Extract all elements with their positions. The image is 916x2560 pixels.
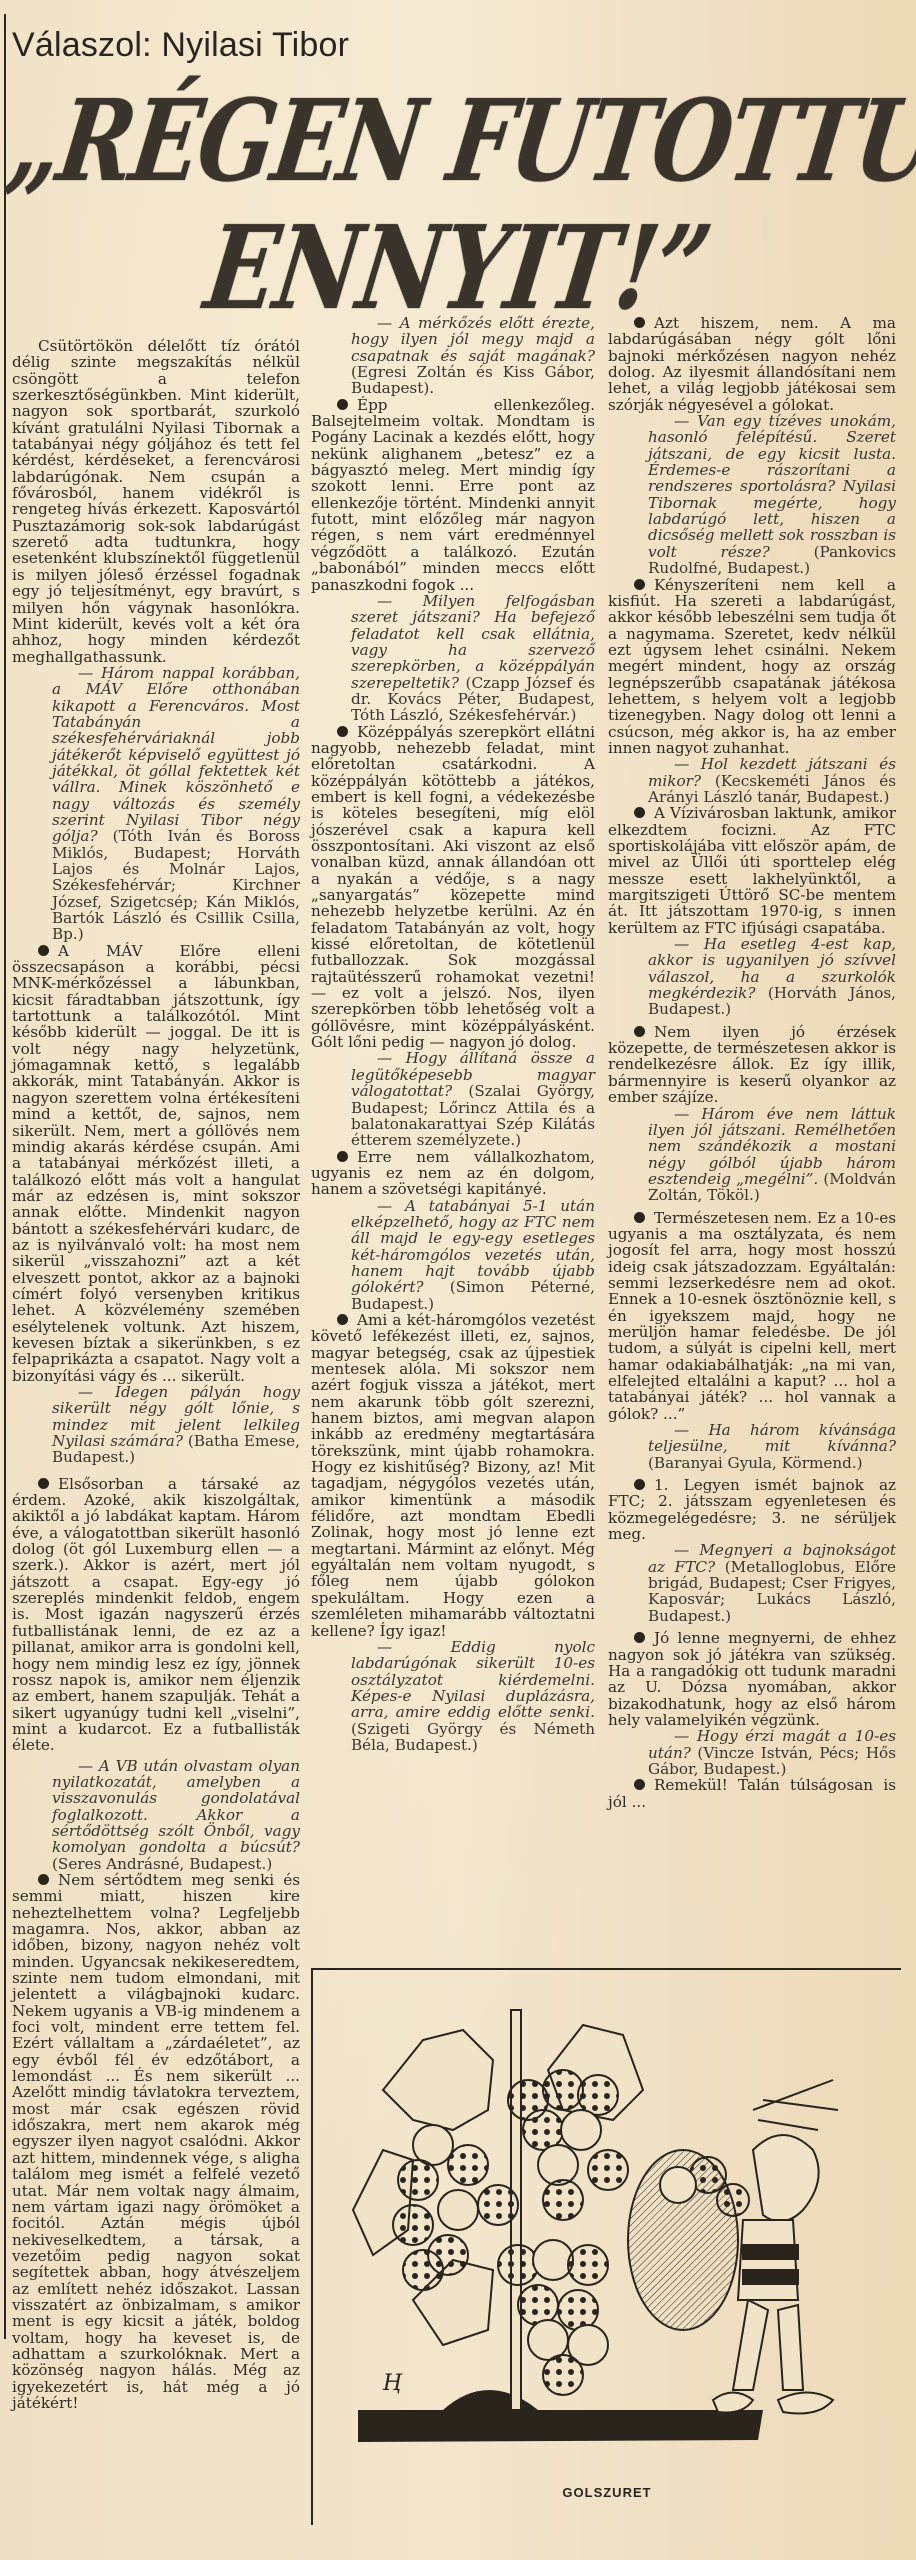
bullet-icon [634,579,645,590]
bullet-icon [337,1314,348,1325]
question-text: — Eddig nyolc labdarúgónak sikerült 10-e… [351,1638,595,1721]
question: — Idegen pályán hogy sikerült négy gólt … [52,1384,300,1466]
answer-text: Elsősorban a társaké az érdem. Azoké, ak… [12,1475,300,1755]
question-text: — Van egy tízéves unokám, hasonló felépí… [648,412,896,561]
answer-text: Nem ilyen jó érzések közepette, de termé… [608,1023,896,1106]
question-text: — Három nappal korábban, a MÁV Előre ott… [52,664,300,845]
cartoon-illustration: Ң GOLSZURET [311,1968,901,2525]
answer-text: Kényszeríteni nem kell a kisfiút. Ha sze… [608,576,896,757]
answer: Jó lenne megnyerni, de ehhez nagyon sok … [608,1630,896,1728]
answer: Elsősorban a társaké az érdem. Azoké, ak… [12,1476,300,1754]
bullet-icon [634,317,645,328]
question-text: — Ha három kívánsága teljesülne, mit kív… [648,1421,896,1455]
cartoon-caption: GOLSZURET [313,2485,901,2500]
answer: Természetesen nem. Ez a 10-es ugyanis a … [608,1210,896,1422]
answer-text: Természetesen nem. Ez a 10-es ugyanis a … [608,1209,896,1423]
question: — Megnyeri a bajnokságot az FTC? (Metall… [648,1542,896,1624]
answer-text: Azt hiszem, nem. A ma labdarúgásában nég… [608,314,896,414]
answer: Azt hiszem, nem. A ma labdarúgásában nég… [608,315,896,413]
answer-text: Remekül! Talán túlságosan is jól ... [608,1776,896,1810]
answer: Nem sértődtem meg senki és semmi miatt, … [12,1872,300,2411]
intro-paragraph: Csütörtökön délelőtt tíz órától délig sz… [12,338,300,665]
headline-line-1: „RÉGEN FUTOTTUNK [1,75,916,208]
article-column-2: — A mérkőzés előtt érezte, hogy ilyen jó… [311,315,595,1753]
article-column-3: Azt hiszem, nem. A ma labdarúgásában nég… [608,315,896,1810]
question: — A tatabányai 5-1 után elképzelhető, ho… [351,1198,595,1312]
answer: A MÁV Előre elleni összecsapáson a koráb… [12,943,300,1384]
bullet-icon [337,1151,348,1162]
bullet-icon [634,807,645,818]
question-text: — A VB után olvastam olyan nyilatkozatát… [52,1757,300,1857]
bullet-icon [38,1874,49,1885]
bullet-icon [337,726,348,737]
question: — Három nappal korábban, a MÁV Előre ott… [52,665,300,943]
question-askers: (Tóth Iván és Boross Miklós, Budapest; H… [52,827,300,943]
answer: Középpályás szerepkört ellátni nagyobb, … [311,724,595,1051]
answer-text: Nem sértődtem meg senki és semmi miatt, … [12,1871,300,2412]
answer-text: Épp ellenkezőleg. Balsejtelmeim voltak. … [311,396,595,594]
question: — A mérkőzés előtt érezte, hogy ilyen jó… [351,315,595,397]
answer-text: 1. Legyen ismét bajnok az FTC; 2. játssz… [608,1476,896,1543]
svg-text:Ң: Ң [382,2371,403,2396]
question: — Eddig nyolc labdarúgónak sikerült 10-e… [351,1639,595,1753]
bullet-icon [634,1779,645,1790]
bullet-icon [634,1479,645,1490]
bullet-icon [38,1478,49,1489]
question: — Hogy érzi magát a 10-es után? (Vincze … [648,1728,896,1777]
bullet-icon [337,399,348,410]
answer-text: A MÁV Előre elleni összecsapáson a koráb… [12,942,300,1385]
question-askers: (Seres Andrásné, Budapest.) [52,1855,272,1873]
question-askers: (Egresi Zoltán és Kiss Gábor, Budapest). [351,363,595,397]
answer: Kényszeríteni nem kell a kisfiút. Ha sze… [608,577,896,757]
question-askers: (Szigeti György és Németh Béla, Budapest… [351,1720,595,1754]
question: — Milyen felfogásban szeret játszani? Ha… [351,593,595,724]
answer: Nem ilyen jó érzések közepette, de termé… [608,1024,896,1106]
question: — Ha esetleg 4-est kap, akkor is ugyanil… [648,936,896,1018]
question-text: — A mérkőzés előtt érezte, hogy ilyen jó… [351,314,595,365]
bullet-icon [634,1212,645,1223]
question: — Hogy állítaná össze a legütőképesebb m… [351,1050,595,1148]
article-kicker: Válaszol: Nyilasi Tibor [12,26,349,65]
football-vine-cartoon-icon: Ң [313,1970,901,2480]
answer-text: Jó lenne megnyerni, de ehhez nagyon sok … [608,1629,896,1729]
article-column-1: Csütörtökön délelőtt tíz órától délig sz… [12,338,300,2411]
answer-text: Ami a két-háromgólos vezetést követő lef… [311,1311,595,1640]
question: — A VB után olvastam olyan nyilatkozatát… [52,1758,300,1872]
answer: Ami a két-háromgólos vezetést követő lef… [311,1312,595,1639]
question: — Ha három kívánsága teljesülne, mit kív… [648,1422,896,1471]
answer: A Vízivárosban laktunk, amikor elkezdtem… [608,805,896,936]
answer-text: Erre nem vállalkozhatom, ugyanis ez nem … [311,1148,595,1199]
answer: Remekül! Talán túlságosan is jól ... [608,1777,896,1810]
bullet-icon [38,945,49,956]
answer: Épp ellenkezőleg. Balsejtelmeim voltak. … [311,397,595,593]
bullet-icon [634,1632,645,1643]
question: — Hol kezdett játszani és mikor? (Kecske… [648,756,896,805]
answer: 1. Legyen ismét bajnok az FTC; 2. játssz… [608,1477,896,1542]
answer: Erre nem vállalkozhatom, ugyanis ez nem … [311,1149,595,1198]
answer-text: A Vízivárosban laktunk, amikor elkezdtem… [608,804,896,936]
question: — Három éve nem láttuk ilyen jól játszan… [648,1106,896,1204]
question: — Van egy tízéves unokám, hasonló felépí… [648,413,896,576]
answer-text: Középpályás szerepkört ellátni nagyobb, … [311,723,595,1052]
column-rule [4,14,6,2339]
question-askers: (Baranyai Gyula, Körmend.) [648,1454,863,1472]
bullet-icon [634,1026,645,1037]
